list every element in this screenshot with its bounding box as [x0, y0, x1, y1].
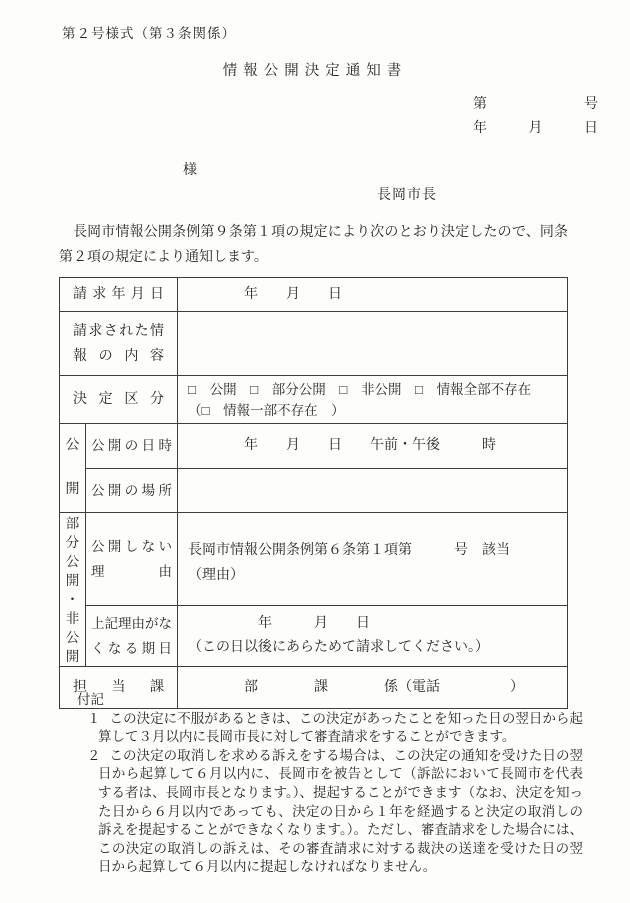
- date-day-label: 日: [584, 117, 598, 137]
- requested-info-label: 請求された情 報の内容: [60, 312, 178, 376]
- decision-category-value: □ 公開 □ 部分公開 □ 非公開 □ 情報全部不存在 （□ 情報一部不存在 ）: [178, 376, 568, 424]
- notes-heading: 付記: [77, 691, 583, 710]
- note-text: この決定の取消しを求める訴えをする場合は、この決定の通知を受けた日の翌日から起算…: [98, 748, 583, 875]
- table-row: 公開の場所: [60, 468, 568, 513]
- form-table: 請求年月日 年 月 日 請求された情 報の内容 決定区分 □ 公開 □ 部分公開…: [59, 277, 568, 709]
- request-date-value: 年 月 日: [178, 278, 568, 312]
- table-row: 請求された情 報の内容: [60, 312, 568, 376]
- requested-info-value: [178, 312, 568, 376]
- doc-number-prefix: 第: [473, 93, 487, 113]
- note-item-2: ２この決定の取消しを求める訴えをする場合は、この決定の通知を受けた日の翌日から起…: [98, 747, 583, 877]
- decision-category-label: 決定区分: [60, 376, 178, 424]
- note-item-1: １この決定に不服があるときは、この決定があったことを知った日の翌日から起算して３…: [98, 710, 583, 747]
- date-month-label: 月: [529, 117, 543, 137]
- partial-nondisclosure-group-label: 部 分 公 開 ・ 非 公 開: [60, 513, 86, 667]
- form-number: 第２号様式（第３条関係）: [62, 22, 236, 42]
- document-page: 第２号様式（第３条関係） 情報公開決定通知書 第 号 年 月 日 様 長岡市長 …: [0, 0, 630, 903]
- date-year-label: 年: [473, 117, 487, 137]
- note-text: この決定に不服があるときは、この決定があったことを知った日の翌日から起算して３月…: [98, 711, 583, 745]
- disclosure-place-label: 公開の場所: [86, 468, 178, 513]
- table-row: 請求年月日 年 月 日: [60, 278, 568, 312]
- table-row: 公 開 公開の日時 年 月 日 午前・午後 時: [60, 424, 568, 469]
- body-paragraph: 長岡市情報公開条例第９条第１項の規定により次のとおり決定したので、同条第２項の規…: [59, 220, 568, 270]
- reason-expiry-label: 上記理由がな くなる期日: [86, 606, 178, 667]
- document-title: 情報公開決定通知書: [0, 59, 630, 80]
- nondisclosure-reason-label: 公開しない 理由: [86, 513, 178, 606]
- sender-name: 長岡市長: [377, 184, 437, 204]
- note-number: １: [87, 711, 101, 726]
- table-row: 決定区分 □ 公開 □ 部分公開 □ 非公開 □ 情報全部不存在 （□ 情報一部…: [60, 376, 568, 424]
- disclosure-datetime-label: 公開の日時: [86, 424, 178, 469]
- table-row: 上記理由がな くなる期日 年 月 日 （この日以後にあらためて請求してください。…: [60, 606, 568, 667]
- disclosure-place-value: [178, 468, 568, 513]
- table-row: 部 分 公 開 ・ 非 公 開 公開しない 理由 長岡市情報公開条例第６条第１項…: [60, 513, 568, 606]
- note-number: ２: [87, 748, 101, 763]
- document-date-line: 年 月 日: [473, 117, 598, 137]
- doc-number-suffix: 号: [584, 93, 598, 113]
- disclosure-group-label: 公 開: [60, 424, 86, 513]
- notes-section: 付記 １この決定に不服があるときは、この決定があったことを知った日の翌日から起算…: [59, 691, 583, 877]
- addressee-honorific: 様: [183, 159, 197, 179]
- document-number-line: 第 号: [473, 93, 598, 113]
- reason-expiry-value: 年 月 日 （この日以後にあらためて請求してください。）: [178, 606, 568, 667]
- request-date-label: 請求年月日: [60, 278, 178, 312]
- disclosure-datetime-value: 年 月 日 午前・午後 時: [178, 424, 568, 469]
- nondisclosure-reason-value: 長岡市情報公開条例第６条第１項第 号 該当 （理由）: [178, 513, 568, 606]
